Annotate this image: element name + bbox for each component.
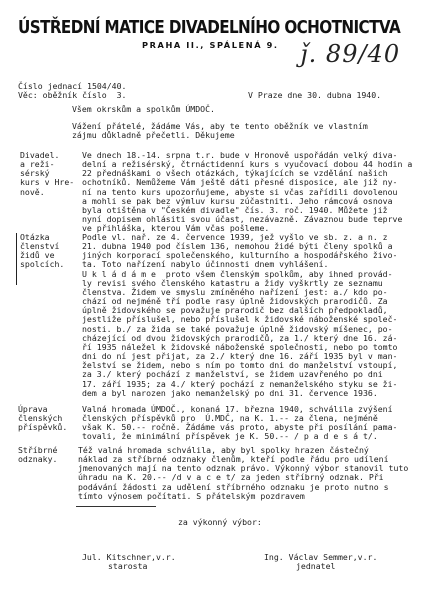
greeting-line: zájmu důkladně přečetli. Děkujeme	[72, 131, 368, 140]
place-date: V Praze dne 30. dubna 1940.	[248, 91, 381, 100]
handwritten-reference: ǰ. 89/40	[300, 40, 400, 68]
subject-line: Věc: oběžník číslo 3.	[18, 91, 126, 100]
section-fees-text: Valná hromada ÚMDOČ., konaná 17. března …	[82, 405, 397, 442]
margin-label-badges: Stříbrné odznaky.	[18, 446, 57, 464]
divider-line	[76, 506, 156, 507]
section-membership-text: Podle vl. nař. ze 4. července 1939, jež …	[82, 233, 397, 398]
committee-label: za výkonný výbor:	[178, 518, 262, 527]
section-course-text: Ve dnech 18.-14. srpna t.r. bude v Hrono…	[82, 151, 412, 233]
margin-label-course: Divadel. a reži- sérský kurs v Hre- nově…	[20, 151, 74, 197]
addressee: Všem okrskům a spolkům ÚMDOČ.	[72, 105, 215, 114]
signature-right-role: jednatel	[296, 562, 335, 571]
organization-name: ÚSTŘEDNÍ MATICE DIVADELNÍHO OCHOTNICTVA	[18, 17, 418, 38]
organization-address: PRAHA II., SPÁLENÁ 9.	[142, 40, 279, 50]
margin-bracket	[16, 233, 17, 285]
section-badges-text: Též valná hromada schválila, aby byl spo…	[78, 446, 408, 501]
margin-label-membership: Otázka členství židů ve spolcích.	[20, 233, 64, 270]
signature-left-role: starosta	[108, 562, 147, 571]
greeting: Vážení přátelé, žádáme Vás, aby te tento…	[72, 122, 368, 140]
margin-label-fees: Úprava členských příspěvků.	[18, 405, 67, 432]
